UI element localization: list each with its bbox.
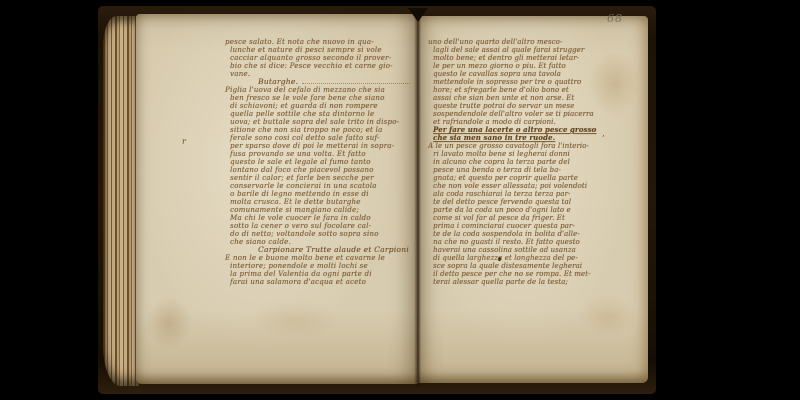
section-heading: Butarghe. <box>258 78 414 86</box>
manuscript-line: haverai una cassolina sottile ad usanza <box>433 246 585 254</box>
manuscript-line: per sparso dove di poi le metterai in so… <box>230 142 414 150</box>
manuscript-line: ben fresco se le vole fare bene che sian… <box>230 94 414 102</box>
manuscript-line: come si vol far al pesce da friger. Et <box>433 214 585 222</box>
manuscript-line: do di netto; voltandole sotto sopra sino <box>230 230 414 238</box>
manuscript-line: le per un mezo giorno o piu. Et fatto <box>433 62 585 70</box>
manuscript-line: sotto la cener o vero sul focolare cal- <box>230 222 414 230</box>
right-page-text: uno dell'uno quarto dell'altro mesco-lag… <box>433 38 585 286</box>
manuscript-line: parte da la coda un poco d'ogni lato e <box>433 206 585 214</box>
manuscript-line: gnata; et questo per coprir quella parte <box>433 174 585 182</box>
section-heading-text: Butarghe. <box>258 78 298 86</box>
manuscript-line: E non le e buone molto bene et cavarne l… <box>225 254 414 262</box>
manuscript-line: uova; et buttale sopra del sale trito in… <box>230 118 414 126</box>
section-heading: Carpionare Trutte alaude et Carpioni <box>258 246 414 254</box>
manuscript-photo: pesce salato. Et nota che nuovo in qua-l… <box>0 0 800 400</box>
manuscript-line: il detto pesce per che no se rompa. Et m… <box>433 270 585 278</box>
manuscript-line: pesce una benda o terza di tela ba- <box>433 166 585 174</box>
manuscript-line: te de la coda sospendola in bolita d'all… <box>433 230 585 238</box>
manuscript-line: lontano dal foco che piacevol possano <box>230 166 414 174</box>
manuscript-line: quella pelle sottile che sta dintorno le <box>230 110 414 118</box>
manuscript-line: Ma chi le vole cuocer le fara in caldo <box>230 214 414 222</box>
manuscript-line: Piglia l'uova del cefalo di mezzano che … <box>225 86 414 94</box>
manuscript-line: o barile di legno mettendo in esse di <box>230 190 414 198</box>
manuscript-line: terai alessar quella parte de la testa; <box>433 278 585 286</box>
left-page-text: pesce salato. Et nota che nuovo in qua-l… <box>230 38 414 286</box>
manuscript-line: ferale sono cosi col detto sale fatto su… <box>230 134 414 142</box>
manuscript-line: na che no guasti il resto. Et fatto ques… <box>433 238 585 246</box>
left-margin-mark: r <box>182 137 186 146</box>
manuscript-line: bio che si dice: Pesce vecchio et carne … <box>230 62 414 70</box>
manuscript-line: sitione che non sia troppo ne poco; et l… <box>230 126 414 134</box>
manuscript-line: te del detto pesce fervendo questa tal <box>433 198 585 206</box>
manuscript-line: cacciar alquanto grosso secondo il prove… <box>230 54 414 62</box>
manuscript-line: pesce salato. Et nota che nuovo in qua- <box>225 38 414 46</box>
manuscript-line: di quella larghezza et longhezza del pe- <box>433 254 585 262</box>
manuscript-line: prima i cominciarai cuocer questa par- <box>433 222 585 230</box>
manuscript-line: questo le sale et legale al fumo tanto <box>230 158 414 166</box>
book-gutter <box>414 12 421 386</box>
manuscript-line: di schiavoni; et guarda di non rompere <box>230 102 414 110</box>
folio-number: 68 <box>607 12 623 25</box>
manuscript-line: comunamente si mangiano calide; <box>230 206 414 214</box>
manuscript-line: che non vole esser allessata; poi volend… <box>433 182 585 190</box>
manuscript-line: lunche et nature di pesci sempre si vole <box>230 46 414 54</box>
manuscript-line: lagli del sale assai al quale farai stru… <box>433 46 585 54</box>
stacked-page-edges <box>103 16 139 386</box>
manuscript-line: ri lavato molto bene si legherai donni <box>433 150 585 158</box>
manuscript-line: in alcuno che copra la terza parte del <box>433 158 585 166</box>
manuscript-line: farai una salamora d'acqua et aceto <box>230 278 414 286</box>
manuscript-line: sentir il calor; et farle ben secche per <box>230 174 414 182</box>
manuscript-line: mettendole in sopresso per tre o quattro <box>433 78 585 86</box>
manuscript-line: conservarle le concierai in una scatola <box>230 182 414 190</box>
section-heading-text: Carpionare Trutte alaude et Carpioni <box>258 246 409 254</box>
manuscript-line: A le un pesce grosso cavatogli fora l'in… <box>428 142 585 150</box>
manuscript-line: molta crusca. Et le dette butarghe <box>230 198 414 206</box>
manuscript-line: interiore; ponendole e molti lochi se <box>230 262 414 270</box>
rubric-line: che sia men sano in tre ruode. <box>433 134 585 142</box>
manuscript-line: queste trutte potrai do servar un mese <box>433 102 585 110</box>
manuscript-line: fusa provando se una volta. Et fatto <box>230 150 414 158</box>
manuscript-line: sospendendole dell'altro voler se ti pia… <box>433 110 585 118</box>
manuscript-line: uno dell'uno quarto dell'altro mesco- <box>428 38 585 46</box>
manuscript-line: questo le cavallas sopra una tavola <box>433 70 585 78</box>
manuscript-line: hore; et sfregarle bene d'olio bono et <box>433 86 585 94</box>
manuscript-line: sce sopra la quale distesamente legherai <box>433 262 585 270</box>
right-margin-mark: ’ <box>602 134 605 143</box>
manuscript-line: assai che sian ben unte et non arse. Et <box>433 94 585 102</box>
manuscript-line: ala coda raschiarai la terza terza par- <box>433 190 585 198</box>
heading-flourish <box>302 83 410 84</box>
manuscript-line: molto bene; et dentro gli metterai letar… <box>433 54 585 62</box>
manuscript-line: la prima del Valentia da ogni parte di <box>230 270 414 278</box>
